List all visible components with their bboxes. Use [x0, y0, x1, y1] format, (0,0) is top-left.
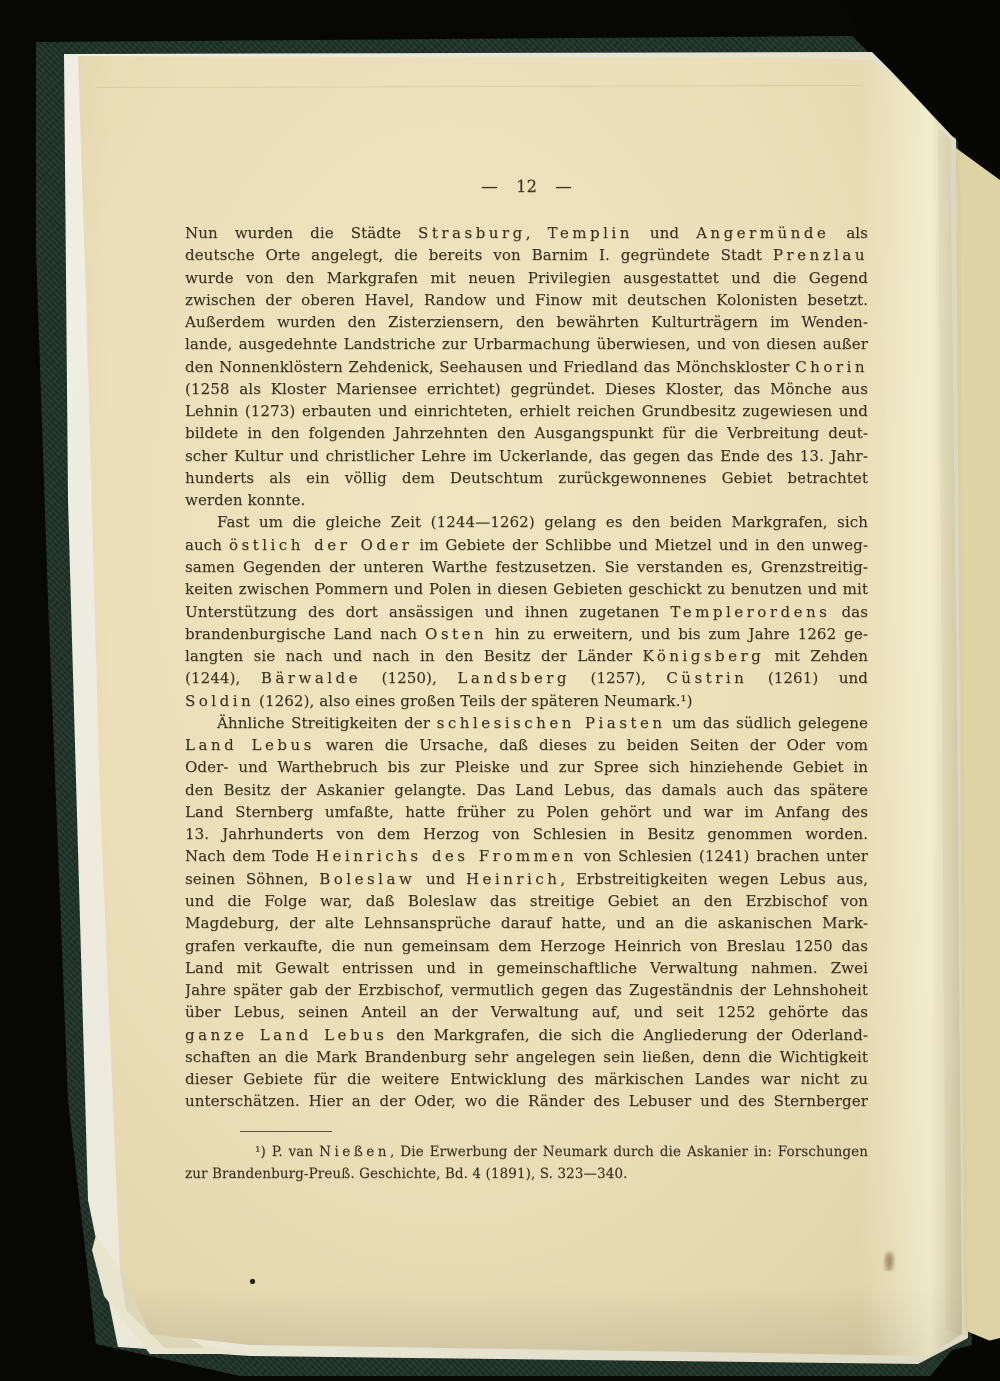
text-segment: langten sie nach und nach in den Besitz …	[185, 647, 642, 665]
text-segment: zwischen der oberen Havel, Randow und Fi…	[185, 291, 868, 309]
text-segment: (1262), also eines großen Teils der spät…	[254, 692, 692, 710]
letterspaced-text: Prenzlau	[773, 246, 868, 264]
paragraph-1-line-11: scher Kultur und christlicher Lehre im U…	[185, 445, 868, 467]
paragraph-3-line-6: 13. Jahrhunderts von dem Herzog von Schl…	[185, 823, 868, 845]
paragraph-2-line-7: langten sie nach und nach in den Besitz …	[185, 645, 868, 667]
text-segment: über Lebus, seinen Anteil an der Verwalt…	[185, 1003, 868, 1021]
text-segment: 13. Jahrhunderts von dem Herzog von Schl…	[185, 825, 868, 843]
text-segment: um das südlich gelegene	[666, 714, 868, 732]
paragraph-3-line-1: Ähnliche Streitigkeiten der schlesischen…	[185, 712, 868, 734]
letterspaced-text: Heinrich	[466, 870, 560, 888]
text-segment: , Die Erwerbung der Neumark durch die As…	[390, 1144, 868, 1160]
text-segment: als	[829, 224, 868, 242]
text-segment: Ähnliche Streitigkeiten der	[217, 714, 437, 732]
text-segment: seinen Söhnen,	[185, 870, 319, 888]
text-segment: brandenburgische Land nach	[185, 625, 425, 643]
paragraph-3: Ähnliche Streitigkeiten der schlesischen…	[185, 712, 868, 1113]
paragraph-2-line-4: keiten zwischen Pommern und Polen in die…	[185, 578, 868, 600]
paragraph-2-line-9: Soldin (1262), also eines großen Teils d…	[185, 690, 868, 712]
paragraph-3-line-5: Land Sternberg umfaßte, hatte früher zu …	[185, 801, 868, 823]
paragraph-2-line-5: Unterstützung des dort ansässigen und ih…	[185, 601, 868, 623]
text-segment: Lehnin (1273) erbauten und einrichteten,…	[185, 402, 868, 420]
letterspaced-text: Chorin	[795, 358, 868, 376]
letterspaced-text: Osten	[425, 625, 487, 643]
paragraph-3-line-10: Magdeburg, der alte Lehnsansprüche darau…	[185, 912, 868, 934]
paragraph-2-line-1: Fast um die gleiche Zeit (1244—1262) gel…	[185, 511, 868, 533]
text-segment: Nun wurden die Städte	[185, 224, 418, 242]
text-segment: (1258 als Kloster Mariensee errichtet) g…	[185, 380, 868, 398]
text-segment: deutsche Orte angelegt, die bereits von …	[185, 246, 773, 264]
text-segment: Außerdem wurden den Zisterziensern, den …	[185, 313, 868, 331]
paragraph-1-line-5: Außerdem wurden den Zisterziensern, den …	[185, 311, 868, 333]
paragraph-3-line-4: den Besitz der Askanier gelangte. Das La…	[185, 779, 868, 801]
paragraph-3-line-8: seinen Söhnen, Boleslaw und Heinrich, Er…	[185, 868, 868, 890]
paragraph-2-line-8: (1244), Bärwalde (1250), Landsberg (1257…	[185, 667, 868, 689]
text-segment: hin zu erweitern, und bis zum Jahre 1262…	[487, 625, 868, 643]
text-segment: ,	[526, 224, 548, 242]
paragraph-1-line-7: den Nonnenklöstern Zehdenick, Seehausen …	[185, 356, 868, 378]
text-segment: Jahre später gab der Erzbischof, vermutl…	[185, 981, 868, 999]
letterspaced-text: Templin	[548, 224, 633, 242]
ink-dot	[250, 1279, 255, 1284]
paragraph-1-line-13: werden konnte.	[185, 489, 868, 511]
paragraph-1-line-9: Lehnin (1273) erbauten und einrichteten,…	[185, 400, 868, 422]
text-segment: hunderts als ein völlig dem Deutschtum z…	[185, 469, 868, 487]
text-segment: dieser Gebiete für die weitere Entwicklu…	[185, 1070, 868, 1088]
letterspaced-text: Angermünde	[696, 224, 829, 242]
text-segment: den Nonnenklöstern Zehdenick, Seehausen …	[185, 358, 795, 376]
text-segment: von Schlesien (1241) brachen unter	[577, 847, 868, 865]
letterspaced-text: Templerordens	[670, 603, 830, 621]
text-segment: auch	[185, 536, 229, 554]
paragraph-3-line-16: schaften an die Mark Brandenburg sehr an…	[185, 1046, 868, 1068]
text-segment: grafen verkaufte, die nun gemeinsam dem …	[185, 937, 868, 955]
text-segment: werden konnte.	[185, 491, 305, 509]
paragraph-1-line-4: zwischen der oberen Havel, Randow und Fi…	[185, 289, 868, 311]
text-segment: keiten zwischen Pommern und Polen in die…	[185, 580, 868, 598]
text-segment: lande, ausgedehnte Landstriche zur Urbar…	[185, 335, 868, 353]
letterspaced-text: östlich der Oder	[229, 536, 413, 554]
footnote-rule	[240, 1131, 332, 1132]
text-segment: im Gebiete der Schlibbe und Mietzel und …	[412, 536, 868, 554]
paragraph-2-line-6: brandenburgische Land nach Osten hin zu …	[185, 623, 868, 645]
letterspaced-text: Soldin	[185, 692, 254, 710]
paragraph-3-line-15: ganze Land Lebus den Markgrafen, die sic…	[185, 1024, 868, 1046]
paragraph-3-line-12: Land mit Gewalt entrissen und in gemeins…	[185, 957, 868, 979]
paragraph-1-line-8: (1258 als Kloster Mariensee errichtet) g…	[185, 378, 868, 400]
letterspaced-text: Strasburg	[418, 224, 526, 242]
letterspaced-text: Nießen	[319, 1144, 390, 1160]
text-segment: den Besitz der Askanier gelangte. Das La…	[185, 781, 868, 799]
text-segment: (1261) und	[747, 669, 868, 687]
text-segment: Oder- und Warthebruch bis zur Pleiske un…	[185, 758, 868, 776]
letterspaced-text: schlesischen Piasten	[437, 714, 666, 732]
text-segment: zur Brandenburg-Preuß. Geschichte, Bd. 4…	[185, 1166, 628, 1182]
paragraph-3-line-17: dieser Gebiete für die weitere Entwicklu…	[185, 1068, 868, 1090]
text-segment: und	[633, 224, 696, 242]
book-scan: — 12 — Nun wurden die Städte Strasburg, …	[0, 0, 1000, 1381]
text-segment: wurde von den Markgrafen mit neuen Privi…	[185, 269, 868, 287]
paragraph-3-line-13: Jahre später gab der Erzbischof, vermutl…	[185, 979, 868, 1001]
text-segment: waren die Ursache, daß dieses zu beiden …	[315, 736, 868, 754]
paragraph-1: Nun wurden die Städte Strasburg, Templin…	[185, 222, 868, 511]
text-segment: (1257),	[570, 669, 666, 687]
text-segment: Land mit Gewalt entrissen und in gemeins…	[185, 959, 868, 977]
text-segment: samen Gegenden der unteren Warthe festzu…	[185, 558, 868, 576]
pencil-smudge	[883, 1251, 896, 1271]
text-segment: schaften an die Mark Brandenburg sehr an…	[185, 1048, 868, 1066]
letterspaced-text: Landsberg	[457, 669, 570, 687]
paragraph-2: Fast um die gleiche Zeit (1244—1262) gel…	[185, 511, 868, 711]
paragraph-3-line-7: Nach dem Tode Heinrichs des Frommen von …	[185, 845, 868, 867]
paragraph-3-line-14: über Lebus, seinen Anteil an der Verwalt…	[185, 1001, 868, 1023]
paragraph-1-line-12: hunderts als ein völlig dem Deutschtum z…	[185, 467, 868, 489]
text-segment: unterschätzen. Hier an der Oder, wo die …	[185, 1092, 868, 1110]
text-segment: das	[830, 603, 868, 621]
text-segment: Land Sternberg umfaßte, hatte früher zu …	[185, 803, 868, 821]
letterspaced-text: Cüstrin	[666, 669, 747, 687]
text-segment: scher Kultur und christlicher Lehre im U…	[185, 447, 868, 465]
text-segment: bildete in den folgenden Jahrzehnten den…	[185, 424, 868, 442]
letterspaced-text: Land Lebus	[185, 736, 315, 754]
text-segment: und	[415, 870, 466, 888]
text-segment: (1244),	[185, 669, 261, 687]
paragraph-2-line-3: samen Gegenden der unteren Warthe festzu…	[185, 556, 868, 578]
paragraph-3-line-2: Land Lebus waren die Ursache, daß dieses…	[185, 734, 868, 756]
letterspaced-text: ganze Land Lebus	[185, 1026, 387, 1044]
text-segment: Magdeburg, der alte Lehnsansprüche darau…	[185, 914, 868, 932]
paragraph-1-line-3: wurde von den Markgrafen mit neuen Privi…	[185, 267, 868, 289]
paragraph-3-line-18: unterschätzen. Hier an der Oder, wo die …	[185, 1090, 868, 1112]
paragraph-1-line-10: bildete in den folgenden Jahrzehnten den…	[185, 422, 868, 444]
text-segment: ¹) P. van	[255, 1144, 319, 1160]
letterspaced-text: Königsberg	[642, 647, 764, 665]
text-segment: und die Folge war, daß Boleslaw das stre…	[185, 892, 868, 910]
paragraph-2-line-2: auch östlich der Oder im Gebiete der Sch…	[185, 534, 868, 556]
text-segment: (1250),	[361, 669, 457, 687]
page-number: — 12 —	[185, 176, 868, 198]
text-segment: Fast um die gleiche Zeit (1244—1262) gel…	[217, 513, 868, 531]
paragraph-1-line-2: deutsche Orte angelegt, die bereits von …	[185, 244, 868, 266]
paragraph-3-line-9: und die Folge war, daß Boleslaw das stre…	[185, 890, 868, 912]
text-segment: Nach dem Tode	[185, 847, 316, 865]
text-segment: den Markgrafen, die sich die Angliederun…	[387, 1026, 868, 1044]
paragraph-3-line-11: grafen verkaufte, die nun gemeinsam dem …	[185, 935, 868, 957]
paragraph-1-line-1: Nun wurden die Städte Strasburg, Templin…	[185, 222, 868, 244]
footnote-line-2: zur Brandenburg-Preuß. Geschichte, Bd. 4…	[185, 1163, 868, 1185]
text-segment: mit Zehden	[764, 647, 868, 665]
paragraph-1-line-6: lande, ausgedehnte Landstriche zur Urbar…	[185, 333, 868, 355]
letterspaced-text: Bärwalde	[261, 669, 361, 687]
body-text: Nun wurden die Städte Strasburg, Templin…	[185, 222, 868, 1113]
text-segment: Unterstützung des dort ansässigen und ih…	[185, 603, 670, 621]
footnote-line-1: ¹) P. van Nießen, Die Erwerbung der Neum…	[185, 1141, 868, 1163]
footnote: ¹) P. van Nießen, Die Erwerbung der Neum…	[185, 1141, 868, 1185]
letterspaced-text: Boleslaw	[319, 870, 415, 888]
paragraph-3-line-3: Oder- und Warthebruch bis zur Pleiske un…	[185, 756, 868, 778]
text-segment: , Erbstreitigkeiten wegen Lebus aus,	[560, 870, 868, 888]
letterspaced-text: Heinrichs des Frommen	[316, 847, 577, 865]
